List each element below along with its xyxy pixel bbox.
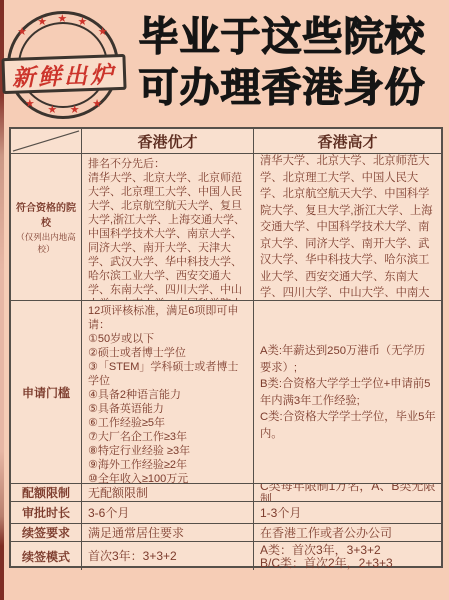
star-icon: ★ [25,99,35,110]
row-label-approval: 审批时长 [11,502,82,524]
stamp-banner: 新鲜出炉 [1,54,126,94]
row-label-approval-text: 审批时长 [22,504,70,521]
cell-approval-youcai: 3-6个月 [82,502,254,524]
cell-quota-gaocai: C类每年限制1万名，A、B类无限制 [254,484,441,502]
column-header-gaocai: 香港高才 [254,129,441,154]
cell-schools-youcai: 排名不分先后： 清华大学、北京大学、北京师范大学、北京理工大学、中国人民大学、北… [82,154,254,301]
stamp-banner-text: 新鲜出炉 [11,56,116,93]
row-label-renewal-mode-text: 续签模式 [22,548,70,565]
row-label-quota-text: 配额限制 [22,484,70,501]
cell-renewal-mode-youcai: 首次3年：3+3+2 [82,542,254,570]
star-icon: ★ [57,14,67,25]
row-label-schools-subtext: （仅列出内地高校） [13,231,79,255]
star-icon: ★ [47,105,57,116]
row-label-renewal-mode: 续签模式 [11,542,82,570]
cell-renewal-req-gaocai: 在香港工作或者公办公司 [254,524,441,542]
star-icon: ★ [98,27,108,38]
header: ★ ★ ★ ★ ★ ★ ★ ★ ★ 新鲜出炉 毕业于这些院校 可办理香港身份 [0,0,449,127]
table-corner-cell [11,129,82,154]
page-title: 毕业于这些院校 可办理香港身份 [119,12,445,114]
cell-renewal-mode-gaocai: A类：首次3年，3+3+2 B/C类：首次2年，2+3+3 [254,542,441,570]
fresh-stamp-badge: ★ ★ ★ ★ ★ ★ ★ ★ ★ 新鲜出炉 [7,11,119,119]
row-label-renewal-req-text: 续签要求 [22,524,70,541]
comparison-table: 香港优才 香港高才 符合资格的院校 （仅列出内地高校） 排名不分先后： 清华大学… [9,127,443,568]
star-icon: ★ [17,27,27,38]
page-title-line-1: 毕业于这些院校 [119,12,445,63]
row-label-threshold: 申请门槛 [11,301,82,484]
diagonal-divider [11,129,81,153]
star-icon: ★ [70,105,80,116]
cell-schools-gaocai: 排名不分先后： 清华大学、北京大学、北京师范大学、北京理工大学、中国人民大学、北… [254,154,441,301]
row-label-renewal-req: 续签要求 [11,524,82,542]
row-label-threshold-text: 申请门槛 [22,384,70,401]
cell-threshold-youcai: 12项评核标准，满足6项即可申请： ①50岁或以下 ②硕士或者博士学位 ③「ST… [82,301,254,484]
row-label-quota: 配额限制 [11,484,82,502]
star-icon: ★ [92,99,102,110]
page-title-line-2: 可办理香港身份 [119,63,445,114]
cell-quota-youcai: 无配额限制 [82,484,254,502]
cell-renewal-req-youcai: 满足通常居住要求 [82,524,254,542]
row-label-schools-text: 符合资格的院校 [13,199,79,229]
cell-threshold-gaocai: A类:年薪达到250万港币（无学历要求）; B类:合资格大学学士学位+申请前5年… [254,301,441,484]
infographic-page: { "page": { "badge": "新鲜出炉", "title_line… [0,0,449,600]
column-header-youcai: 香港优才 [82,129,254,154]
star-icon: ★ [78,17,88,28]
cell-approval-gaocai: 1-3个月 [254,502,441,524]
star-icon: ★ [37,17,47,28]
row-label-schools: 符合资格的院校 （仅列出内地高校） [11,154,82,301]
